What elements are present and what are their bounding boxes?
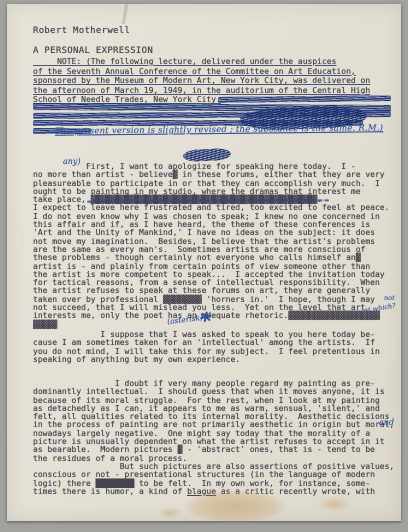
handwritten-insertion-and: and <box>379 418 394 427</box>
paragraph-2: I suppose that I was asked to speak to y… <box>33 331 397 364</box>
photo-background: { "colors":{"background":"#a1a19e","pape… <box>0 0 408 532</box>
typed-line: speaking of anything but my own experien… <box>33 356 397 364</box>
paper-crease <box>95 4 155 24</box>
typed-line: ▓▓▓▓▓ <box>33 321 397 329</box>
handwritten-insertion-any: any) <box>63 157 81 166</box>
ink-scribble-small <box>183 148 232 162</box>
paragraph-3: I doubt if very many people regard my pa… <box>33 380 397 463</box>
typed-text: times there is humor, a kind of <box>33 487 187 496</box>
document-author: Robert Motherwell <box>33 26 130 36</box>
document-page: Robert Motherwell A PERSONAL EXPRESSION … <box>7 4 401 521</box>
note-typed-line: of the Seventh Annual Conference of the … <box>33 67 397 77</box>
note-typed-line: sponsored by the Museum of Modern Art, N… <box>33 76 397 86</box>
paragraph-1: First, I want to apologize for speaking … <box>33 163 397 329</box>
note-typed-line: NOTE: (The following lecture, delivered … <box>33 57 397 67</box>
handwritten-revision-note: The present version is slightly revised … <box>55 123 383 136</box>
paragraph-4: But such pictures are also assertions of… <box>33 463 397 488</box>
typed-line: interests me, only the poet has an adequ… <box>33 312 397 320</box>
paper-stain <box>157 507 183 519</box>
paper-stain <box>185 490 285 523</box>
document-title: A PERSONAL EXPRESSION <box>33 46 153 56</box>
note-typed-line: the afternoon of March 19, 1949, in the … <box>33 86 397 96</box>
paper-stain <box>316 496 352 512</box>
